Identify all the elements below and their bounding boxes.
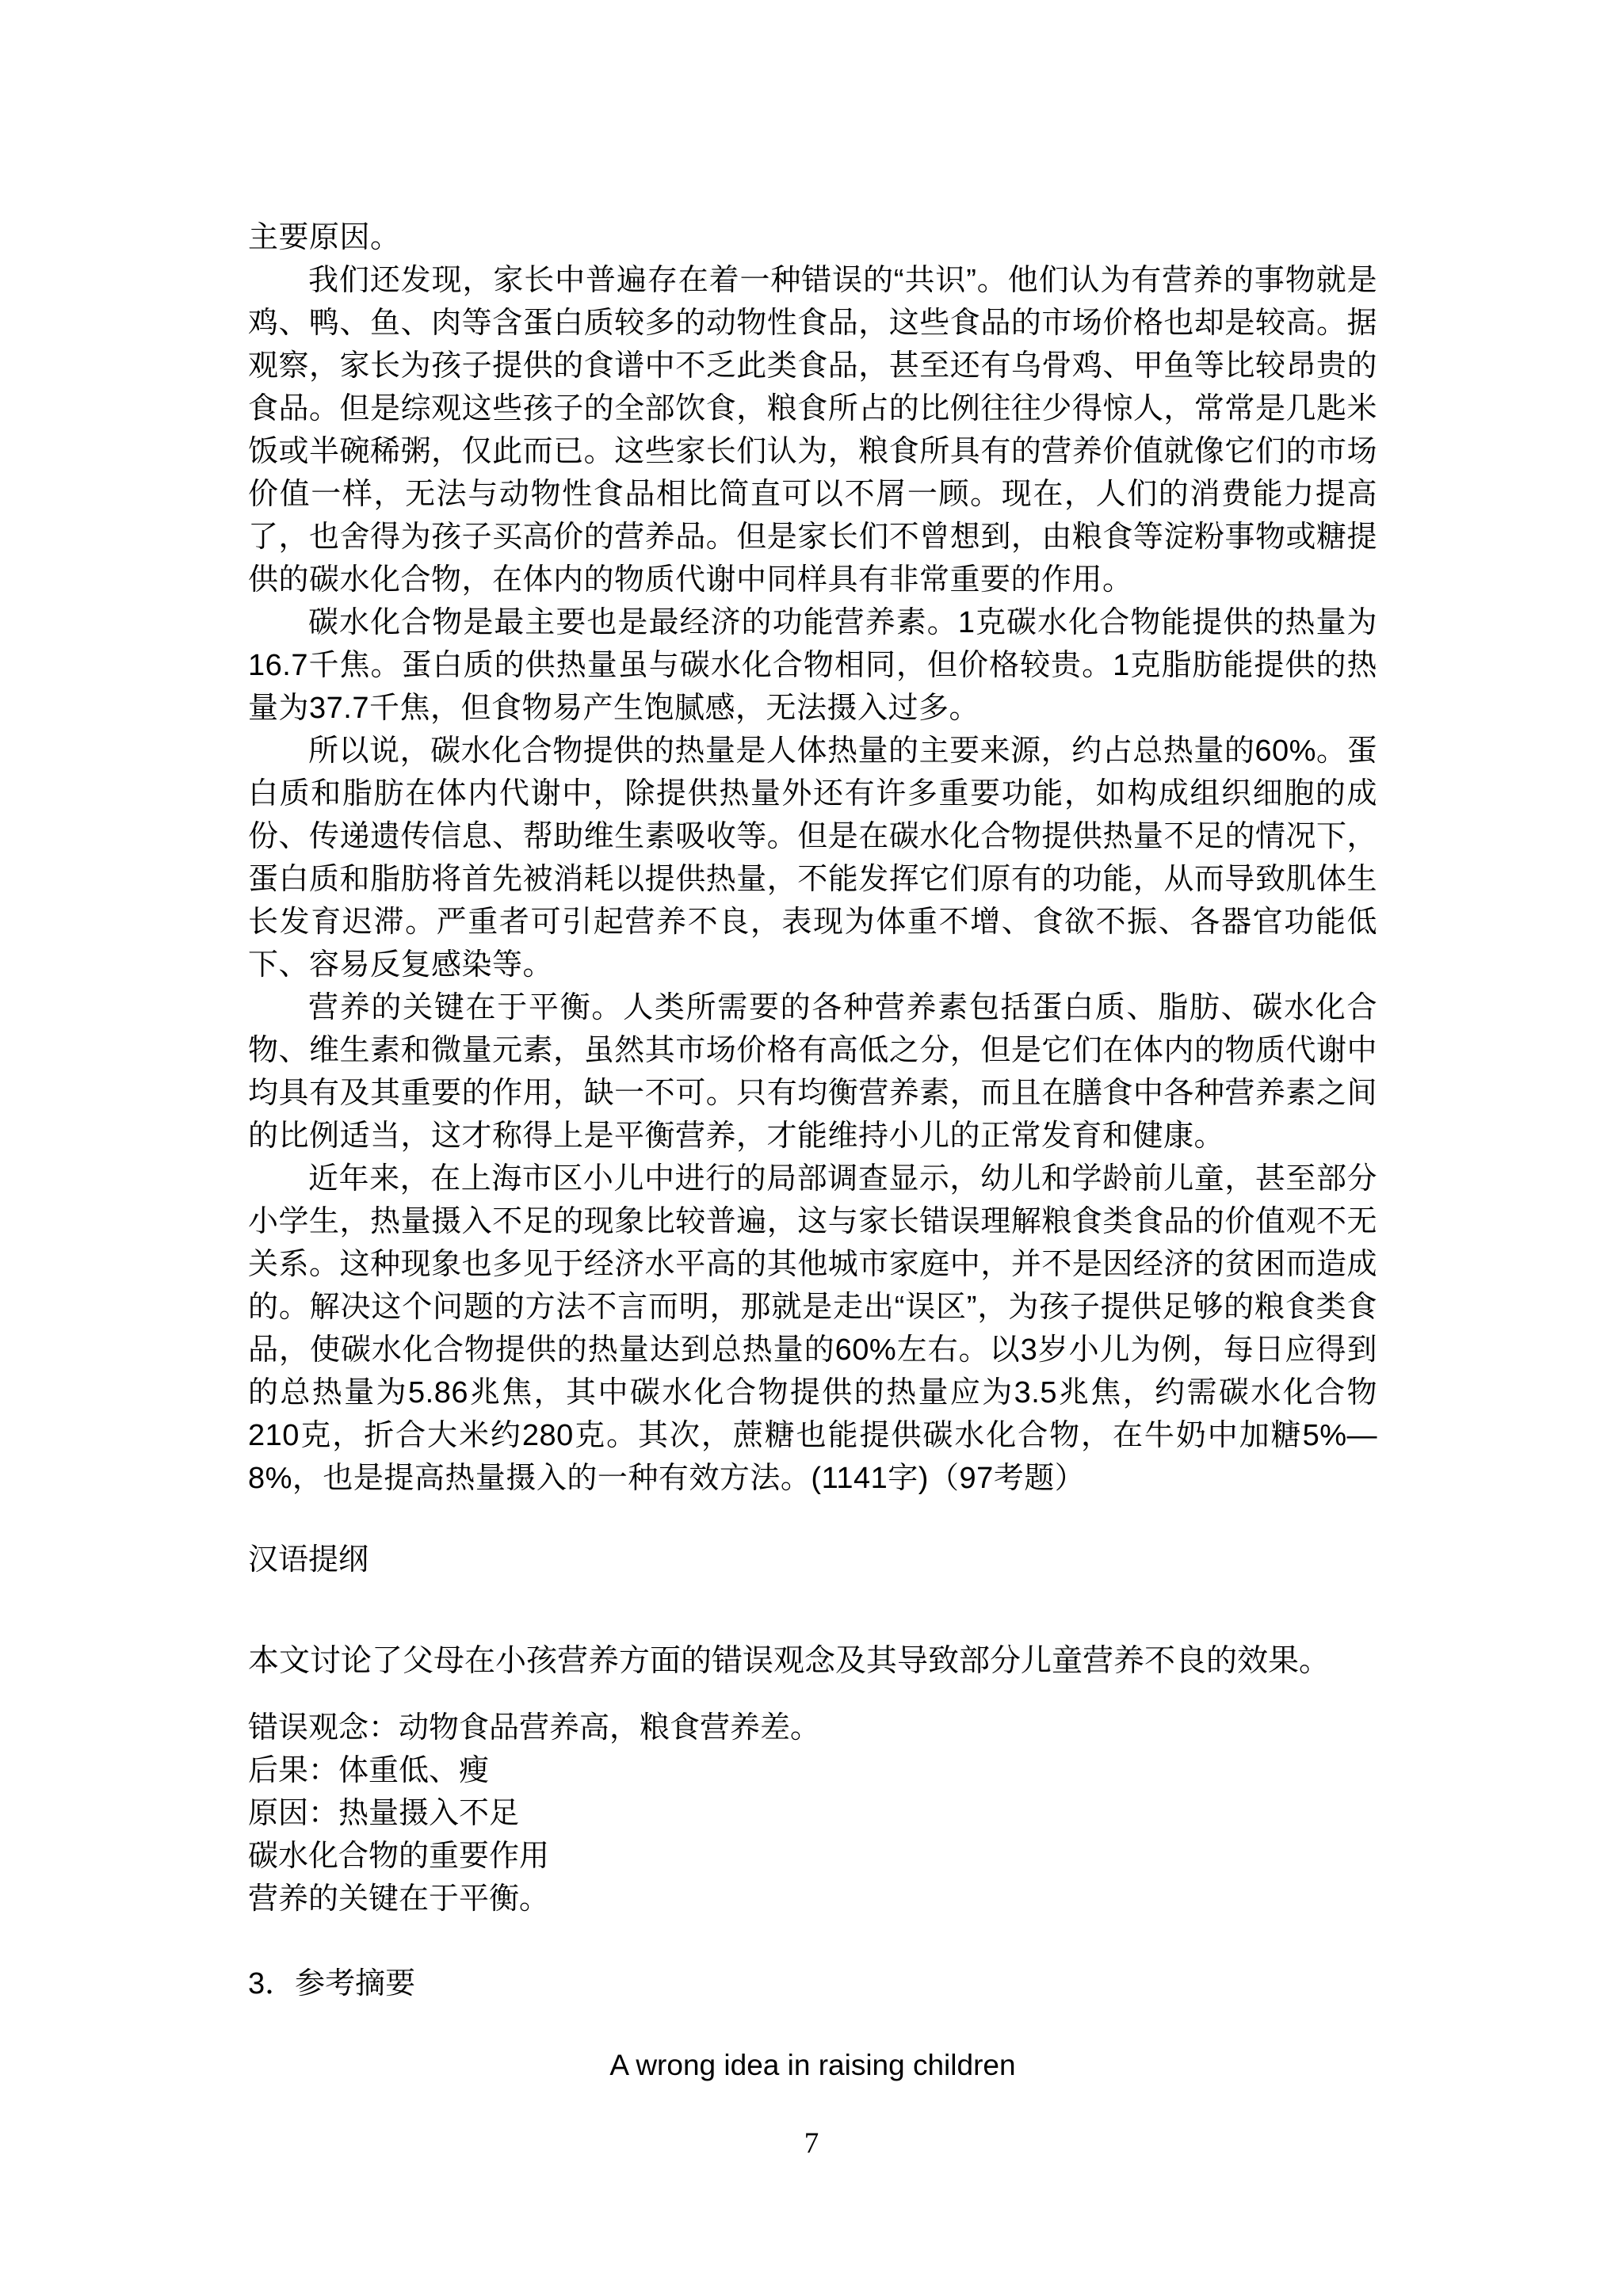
outline-item: 错误观念：动物食品营养高，粮食营养差。 (248, 1707, 1377, 1749)
summary-sentence: 本文讨论了父母在小孩营养方面的错误观念及其导致部分儿童营养不良的效果。 (248, 1640, 1377, 1683)
body-paragraph: 近年来，在上海市区小儿中进行的局部调查显示，幼儿和学龄前儿童，甚至部分小学生，热… (248, 1158, 1377, 1500)
outline-list: 错误观念：动物食品营养高，粮食营养差。 后果：体重低、瘦 原因：热量摄入不足 碳… (248, 1707, 1377, 1920)
reference-heading: 3．参考摘要 (248, 1962, 1377, 2005)
outline-heading: 汉语提纲 (248, 1539, 1377, 1581)
page-content: 主要原因。 我们还发现，家长中普遍存在着一种错误的“共识”。他们认为有营养的事物… (248, 216, 1377, 2087)
body-paragraph: 碳水化合物是最主要也是最经济的功能营养素。1克碳水化合物能提供的热量为16.7千… (248, 601, 1377, 730)
page-number: 7 (0, 2125, 1623, 2163)
outline-item: 后果：体重低、瘦 (248, 1749, 1377, 1792)
english-title: A wrong idea in raising children (248, 2044, 1377, 2087)
outline-item: 原因：热量摄入不足 (248, 1792, 1377, 1835)
body-paragraph: 我们还发现，家长中普遍存在着一种错误的“共识”。他们认为有营养的事物就是鸡、鸭、… (248, 259, 1377, 601)
body-paragraph: 所以说，碳水化合物提供的热量是人体热量的主要来源，约占总热量的60%。蛋白质和脂… (248, 730, 1377, 986)
body-paragraph: 主要原因。 (248, 216, 1377, 259)
body-paragraph: 营养的关键在于平衡。人类所需要的各种营养素包括蛋白质、脂肪、碳水化合物、维生素和… (248, 986, 1377, 1158)
article-body: 主要原因。 我们还发现，家长中普遍存在着一种错误的“共识”。他们认为有营养的事物… (248, 216, 1377, 1500)
outline-item: 营养的关键在于平衡。 (248, 1878, 1377, 1920)
document-page: 主要原因。 我们还发现，家长中普遍存在着一种错误的“共识”。他们认为有营养的事物… (0, 0, 1623, 2296)
outline-item: 碳水化合物的重要作用 (248, 1835, 1377, 1878)
